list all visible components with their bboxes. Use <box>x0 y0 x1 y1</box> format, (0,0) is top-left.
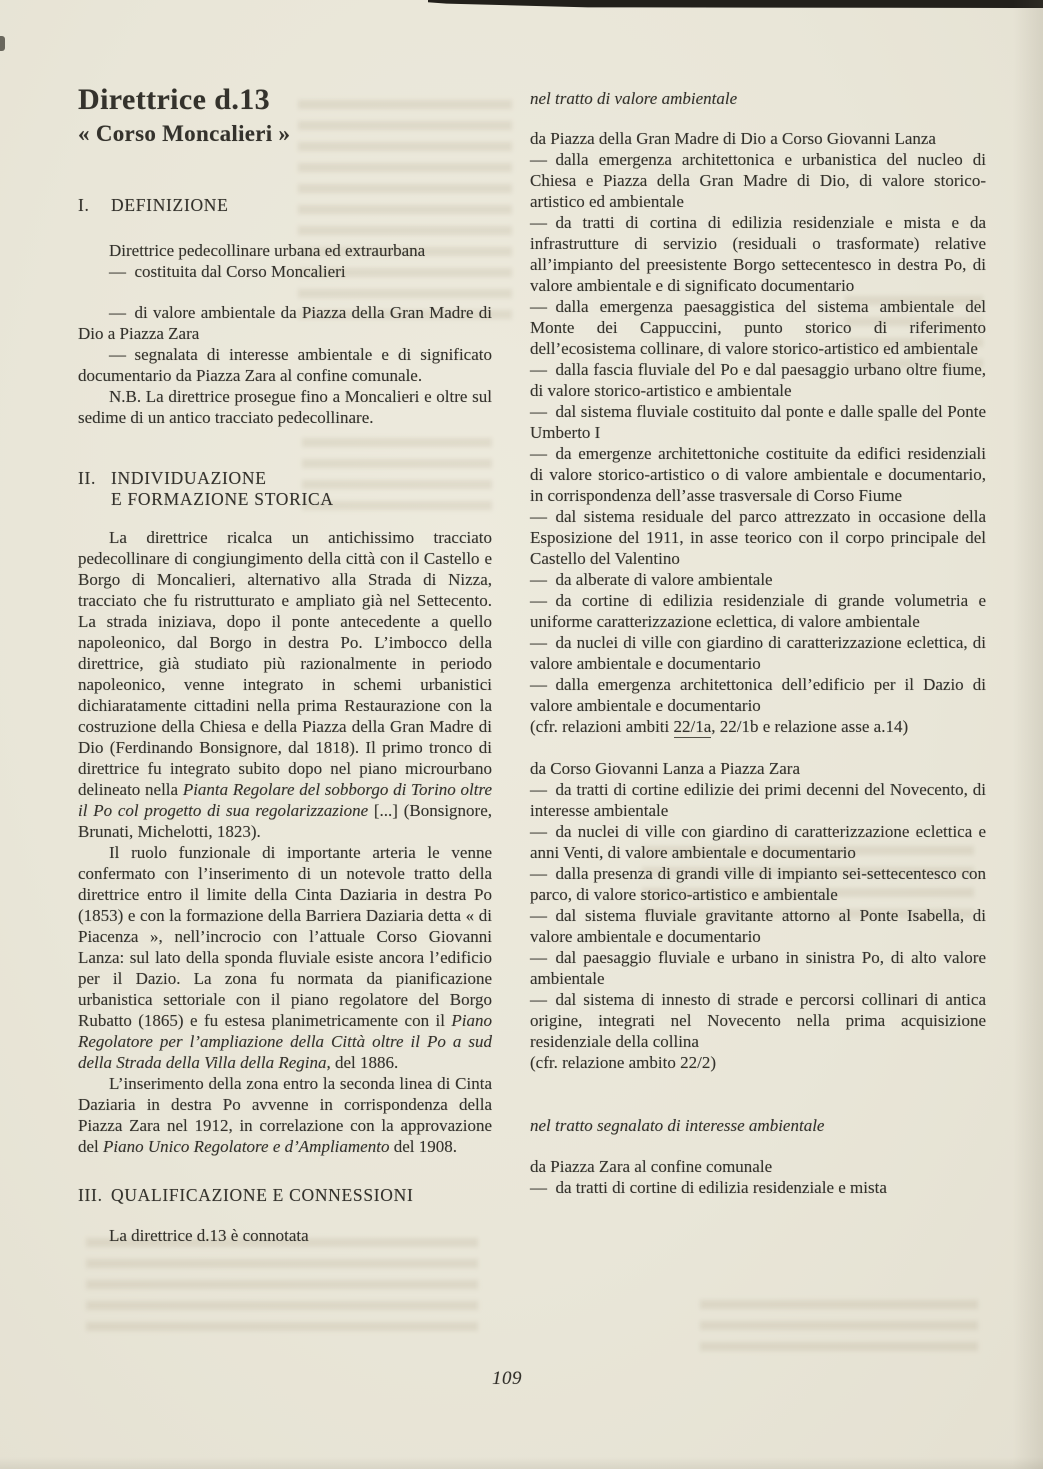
route-subheading: da Piazza della Gran Madre di Dio a Cors… <box>530 128 986 149</box>
paragraph-text: del 1908. <box>389 1137 457 1156</box>
list-item: — da alberate di valore ambientale <box>530 569 986 590</box>
section-number: II. <box>78 468 111 510</box>
definition-line: — costituita dal Corso Moncalieri <box>109 261 492 282</box>
section-label-line: E FORMAZIONE STORICA <box>111 489 334 510</box>
section-number: III. <box>78 1185 111 1206</box>
section-heading-qualificazione: III. QUALIFICAZIONE E CONNESSIONI <box>78 1185 492 1206</box>
paragraph: — segnalata di interesse ambientale e di… <box>78 344 492 386</box>
list-item: — da emergenze architettoniche costituit… <box>530 443 986 506</box>
paragraph: La direttrice ricalca un antichissimo tr… <box>78 527 492 842</box>
scanned-book-page: Direttrice d.13 « Corso Moncalieri » I. … <box>0 0 1043 1469</box>
paragraph-text: , del 1886. <box>327 1053 399 1072</box>
paragraph: Il ruolo funzionale di importante arteri… <box>78 842 492 1073</box>
section-number: I. <box>78 195 111 216</box>
list-item: — dalla emergenza architettonica e urban… <box>530 149 986 212</box>
section-label: INDIVIDUAZIONE E FORMAZIONE STORICA <box>111 468 334 510</box>
cross-reference: (cfr. relazione ambito 22/2) <box>530 1052 986 1073</box>
paragraph: La direttrice d.13 è connotata <box>78 1225 492 1246</box>
right-column: nel tratto di valore ambientale da Piazz… <box>530 88 986 1198</box>
list-item: — dalla presenza di grandi ville di impi… <box>530 863 986 905</box>
list-item: — dal paesaggio fluviale e urbano in sin… <box>530 947 986 989</box>
left-column: Direttrice d.13 « Corso Moncalieri » I. … <box>78 84 492 1246</box>
italic-heading: nel tratto segnalato di interesse ambien… <box>530 1115 986 1136</box>
paragraph: L’inserimento della zona entro la second… <box>78 1073 492 1157</box>
paragraph: — di valore ambientale da Piazza della G… <box>78 302 492 344</box>
list-item: — dalla fascia fluviale del Po e dal pae… <box>530 359 986 401</box>
cross-reference-underlined: 22/1a <box>674 717 712 738</box>
paragraph: N.B. La direttrice prosegue fino a Monca… <box>78 386 492 428</box>
list-item: — dal sistema di innesto di strade e per… <box>530 989 986 1052</box>
list-item: — dal sistema fluviale gravitante attorn… <box>530 905 986 947</box>
list-item: — da tratti di cortina di edilizia resid… <box>530 212 986 296</box>
italic-heading: nel tratto di valore ambientale <box>530 88 986 109</box>
route-subheading: da Corso Giovanni Lanza a Piazza Zara <box>530 758 986 779</box>
page-number: 109 <box>492 1368 522 1390</box>
definition-block: Direttrice pedecollinare urbana ed extra… <box>109 240 492 282</box>
list-item: — da cortine di edilizia residenziale di… <box>530 590 986 632</box>
section-label-line: INDIVIDUAZIONE <box>111 468 334 489</box>
cited-plan-title: Piano Unico Regolatore e d’Ampliamento <box>103 1137 389 1156</box>
list-item: — da tratti di cortine edilizie dei prim… <box>530 779 986 821</box>
cross-reference-text: (cfr. relazioni ambiti <box>530 717 674 736</box>
list-item: — dal sistema fluviale costituito dal po… <box>530 401 986 443</box>
cross-reference-text: , 22/1b e relazione asse a.14) <box>711 717 908 736</box>
cross-reference: (cfr. relazioni ambiti 22/1a, 22/1b e re… <box>530 716 986 737</box>
paragraph-text: La direttrice ricalca un antichissimo tr… <box>78 528 492 799</box>
section-label: QUALIFICAZIONE E CONNESSIONI <box>111 1185 414 1206</box>
list-item: — da tratti di cortine di edilizia resid… <box>530 1177 986 1198</box>
page-title: Direttrice d.13 <box>78 84 492 116</box>
scan-edge-shadow <box>1013 0 1043 1469</box>
list-item: — da nuclei di ville con giardino di car… <box>530 821 986 863</box>
list-item: — dal sistema residuale del parco attrez… <box>530 506 986 569</box>
bleedthrough-ghost <box>700 1300 978 1358</box>
list-item: — da nuclei di ville con giardino di car… <box>530 632 986 674</box>
definition-line: Direttrice pedecollinare urbana ed extra… <box>109 240 492 261</box>
scan-edge-artifact <box>0 36 5 51</box>
paragraph-text: Il ruolo funzionale di importante arteri… <box>78 843 492 1030</box>
section-heading-definizione: I. DEFINIZIONE <box>78 195 492 216</box>
section-label: DEFINIZIONE <box>111 195 229 216</box>
route-subheading: da Piazza Zara al confine comunale <box>530 1156 986 1177</box>
section-heading-individuazione: II. INDIVIDUAZIONE E FORMAZIONE STORICA <box>78 468 492 510</box>
bleedthrough-ghost <box>86 1238 478 1334</box>
scan-edge-shadow <box>0 1457 1043 1469</box>
scan-edge-artifact <box>428 0 1043 8</box>
list-item: — dalla emergenza architettonica dell’ed… <box>530 674 986 716</box>
list-item: — dalla emergenza paesaggistica del sist… <box>530 296 986 359</box>
page-subtitle: « Corso Moncalieri » <box>78 121 492 147</box>
